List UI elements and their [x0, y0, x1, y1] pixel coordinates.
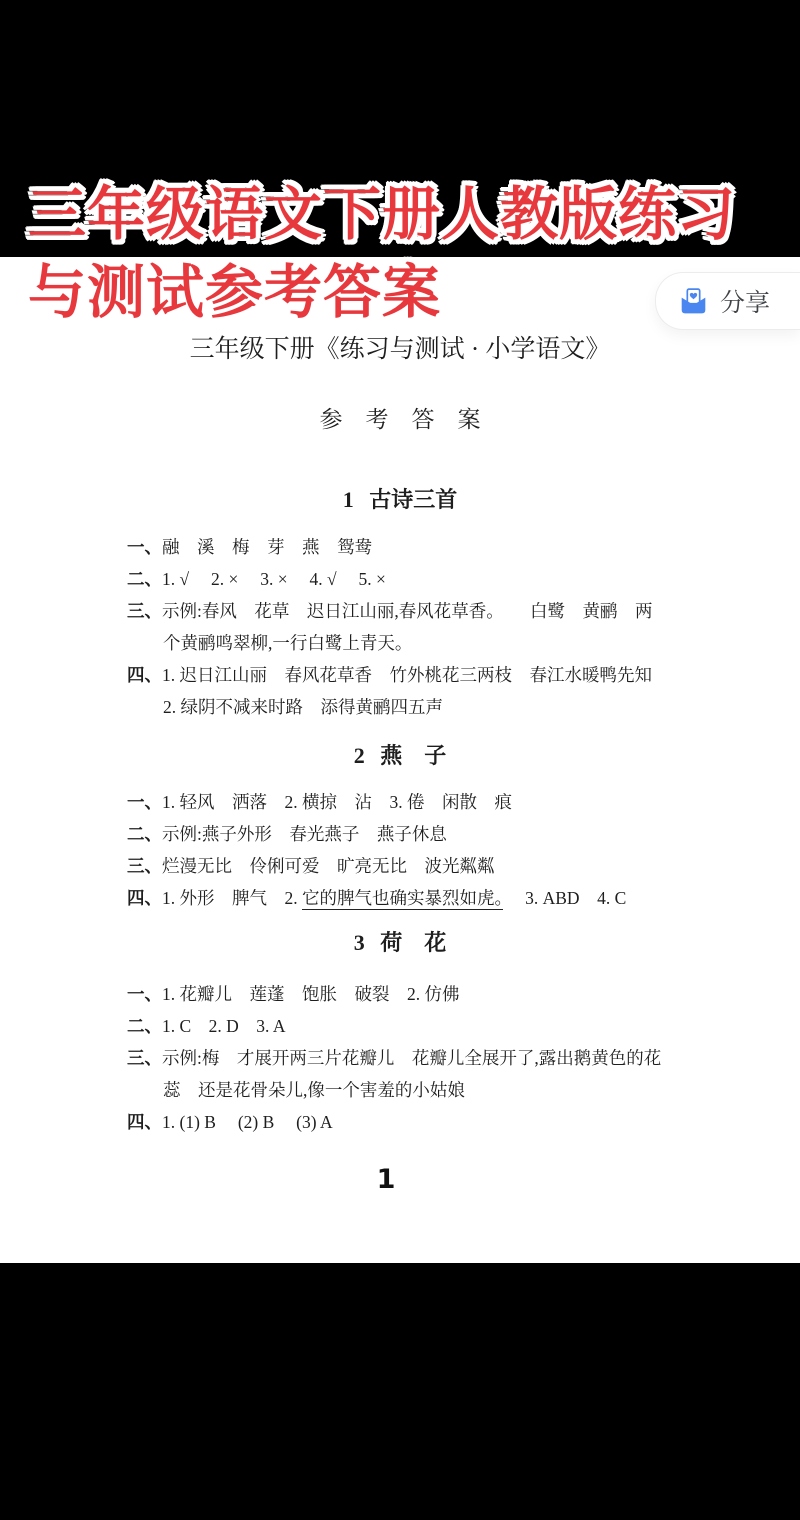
underlined-answer: 它的脾气也确实暴烈如虎。: [302, 888, 503, 910]
section-3-title: 荷 花: [380, 930, 446, 955]
document-page: 与测试参考答案 分享 三年级下册《练习与测试 · 小学语文》 参 考 答 案 1…: [0, 257, 800, 1263]
section-1-title: 古诗三首: [369, 487, 457, 512]
document-title: 三年级下册《练习与测试 · 小学语文》: [127, 335, 673, 365]
section-1-number: 1: [343, 487, 354, 512]
answer-line-continuation: 个黄鹂鸣翠柳,一行白鹭上青天。: [127, 627, 673, 659]
share-button[interactable]: 分享: [655, 272, 800, 330]
bottom-black-band: [0, 1263, 800, 1520]
answer-line-continuation: 2. 绿阴不减来时路 添得黄鹂四五声: [127, 691, 673, 723]
screenshot-root: 三年级语文下册人教版练习 与测试参考答案 分享 三年级下册《练习与测试 · 小学…: [0, 0, 800, 1520]
page-number: 1: [113, 1164, 659, 1195]
document-subtitle: 参 考 答 案: [127, 405, 673, 435]
section-heading-3: 3荷 花: [127, 928, 673, 958]
section-2-number: 2: [354, 743, 365, 768]
section-heading-2: 2燕 子: [127, 741, 673, 771]
share-envelope-heart-icon: [680, 288, 707, 315]
answer-line: 一、1. 轻风 洒落 2. 横掠 沾 3. 倦 闲散 痕: [127, 786, 673, 818]
answer-line-continuation: 蕊 还是花骨朵儿,像一个害羞的小姑娘: [127, 1074, 673, 1106]
top-black-band: 三年级语文下册人教版练习: [0, 0, 800, 257]
share-button-label: 分享: [720, 283, 770, 319]
section-2-title: 燕 子: [380, 743, 446, 768]
answer-line: 二、1. √ 2. × 3. × 4. √ 5. ×: [127, 563, 673, 595]
section-heading-1: 1古诗三首: [127, 485, 673, 515]
answer-line-with-underline: 四、1. 外形 脾气 2. 它的脾气也确实暴烈如虎。 3. ABD 4. C: [127, 882, 673, 914]
overlay-title-line1: 三年级语文下册人教版练习: [28, 181, 736, 247]
answer-line: 二、示例:燕子外形 春光燕子 燕子休息: [127, 818, 673, 850]
overlay-title-line2: 与测试参考答案: [28, 259, 441, 325]
answer-line: 四、1. (1) B (2) B (3) A: [127, 1106, 673, 1138]
answer-document: 三年级下册《练习与测试 · 小学语文》 参 考 答 案 1古诗三首 一、融 溪 …: [0, 257, 800, 1195]
section-3-number: 3: [354, 930, 365, 955]
answer-line: 二、1. C 2. D 3. A: [127, 1010, 673, 1042]
answer-line: 三、烂漫无比 伶俐可爱 旷亮无比 波光粼粼: [127, 850, 673, 882]
answer-line: 一、融 溪 梅 芽 燕 鸳鸯: [127, 531, 673, 563]
answer-line: 一、1. 花瓣儿 莲蓬 饱胀 破裂 2. 仿佛: [127, 978, 673, 1010]
answer-line: 三、示例:春风 花草 迟日江山丽,春风花草香。 白鹭 黄鹂 两: [127, 595, 673, 627]
answer-line: 三、示例:梅 才展开两三片花瓣儿 花瓣儿全展开了,露出鹅黄色的花: [127, 1042, 673, 1074]
answer-line: 四、1. 迟日江山丽 春风花草香 竹外桃花三两枝 春江水暖鸭先知: [127, 659, 673, 691]
